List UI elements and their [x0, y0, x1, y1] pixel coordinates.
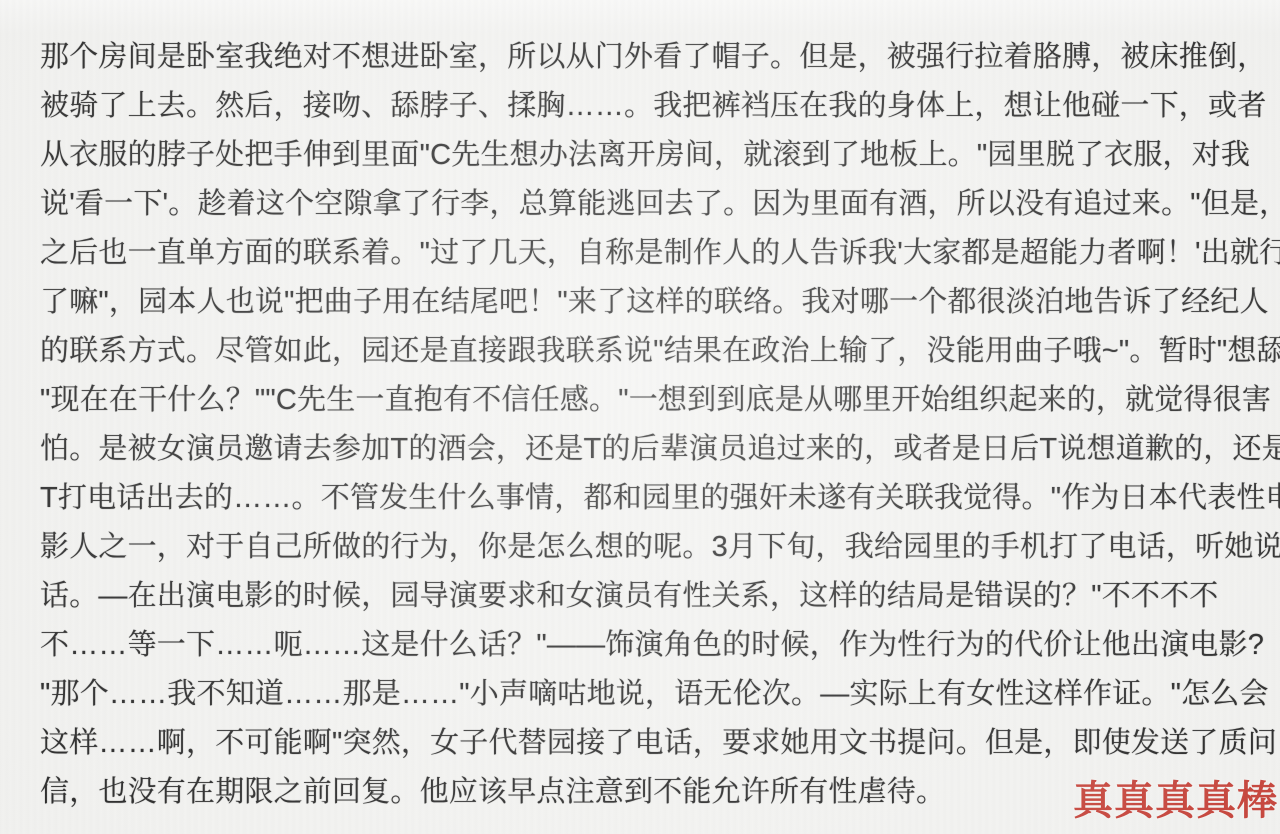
text-line: T打电话出去的……。不管发生什么事情，都和园里的强奸未遂有关联我觉得。"作为日本… — [40, 474, 1264, 523]
document-page: 那个房间是卧室我绝对不想进卧室，所以从门外看了帽子。但是，被强行拉着胳膊，被床推… — [0, 0, 1280, 834]
text-line: 之后也一直单方面的联系着。"过了几天，自称是制作人的人告诉我'大家都是超能力者啊… — [40, 229, 1264, 278]
text-line: 怕。是被女演员邀请去参加T的酒会，还是T的后辈演员追过来的，或者是日后T说想道歉… — [40, 425, 1264, 474]
text-line: 了嘛"，园本人也说"把曲子用在结尾吧！"来了这样的联络。我对哪一个都很淡泊地告诉… — [40, 278, 1264, 327]
text-line: 说'看一下'。趁着这个空隙拿了行李，总算能逃回去了。因为里面有酒，所以没有追过来… — [40, 180, 1264, 229]
watermark: 真真真真棒 — [1073, 769, 1278, 826]
text-line: 的联系方式。尽管如此，园还是直接跟我联系说"结果在政治上输了，没能用曲子哦~"。… — [40, 327, 1264, 376]
text-line: 话。—在出演电影的时候，园导演要求和女演员有性关系，这样的结局是错误的？"不不不… — [40, 572, 1264, 621]
text-line: 不……等一下……呃……这是什么话？"——饰演角色的时候，作为性行为的代价让他出演… — [40, 621, 1264, 670]
text-line: 被骑了上去。然后，接吻、舔脖子、揉胸……。我把裤裆压在我的身体上，想让他碰一下，… — [40, 82, 1264, 131]
text-line: 这样……啊，不可能啊"突然，女子代替园接了电话，要求她用文书提问。但是，即使发送… — [40, 719, 1264, 768]
text-line: 那个房间是卧室我绝对不想进卧室，所以从门外看了帽子。但是，被强行拉着胳膊，被床推… — [40, 33, 1264, 82]
text-line: "那个……我不知道……那是……"小声嘀咕地说，语无伦次。—实际上有女性这样作证。… — [40, 670, 1264, 719]
text-line: 影人之一，对于自己所做的行为，你是怎么想的呢。3月下旬，我给园里的手机打了电话，… — [40, 523, 1264, 572]
text-line: 从衣服的脖子处把手伸到里面"C先生想办法离开房间，就滚到了地板上。"园里脱了衣服… — [40, 131, 1264, 180]
article-text: 那个房间是卧室我绝对不想进卧室，所以从门外看了帽子。但是，被强行拉着胳膊，被床推… — [40, 33, 1264, 817]
text-line: "现在在干什么？""C先生一直抱有不信任感。"一想到到底是从哪里开始组织起来的，… — [40, 376, 1264, 425]
